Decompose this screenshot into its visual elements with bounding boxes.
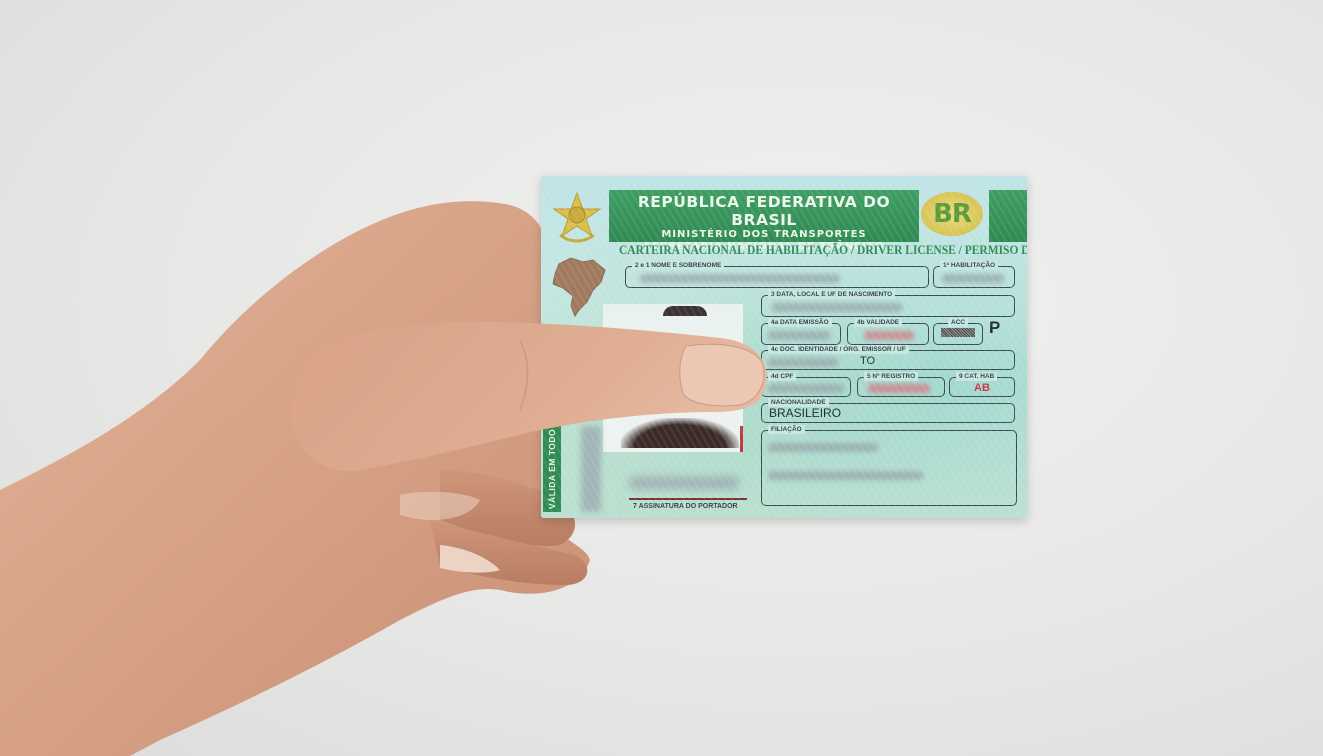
country-badge: BR [921,192,983,236]
redacted-value [768,471,923,480]
nationality-value: BRASILEIRO [769,406,841,420]
field-id-document: 4c DOC. IDENTIDADE / ÓRG. EMISSOR / UF T… [761,350,1015,370]
header-ministry: MINISTÉRIO DOS TRANSPORTES [609,229,919,241]
redacted-value [640,274,840,283]
redacted-value [768,358,838,367]
validity-strip: VÁLIDA EM TODO O [543,416,561,512]
field-first-license: 1ª HABILITAÇÃO [933,266,1015,288]
redacted-value [942,274,1004,283]
field-birth: 3 DATA, LOCAL E UF DE NASCIMENTO [761,295,1015,317]
card-subtitle: CARTEIRA NACIONAL DE HABILITAÇÃO / DRIVE… [619,243,996,258]
redacted-value [768,443,878,452]
id-issuer-state: TO [860,355,875,367]
field-nationality: NACIONALIDADE BRASILEIRO [761,403,1015,423]
field-parents: FILIAÇÃO [761,430,1017,506]
header-band: REPÚBLICA FEDERATIVA DO BRASIL MINISTÉRI… [609,190,919,242]
field-registry: 5 Nº REGISTRO [857,377,945,397]
redacted-value [864,331,914,340]
field-cpf: 4d CPF [761,377,851,397]
header-band-right [989,190,1027,242]
field-acc: ACC [933,323,983,345]
redacted-value [772,303,902,312]
photo-scene: REPÚBLICA FEDERATIVA DO BRASIL MINISTÉRI… [0,0,1323,756]
field-category: 9 CAT. HAB AB [949,377,1015,397]
holder-photo [603,304,743,452]
brazil-map-icon [549,254,609,318]
signature-line [629,498,747,500]
redacted-signature [629,476,739,490]
license-category: AB [974,382,990,394]
redacted-value [868,384,930,393]
field-expiry: 4b VALIDADE [847,323,929,345]
permit-type: P [989,318,1000,338]
acc-hatch [941,328,975,337]
coat-of-arms-icon [551,190,603,246]
redacted-value [768,384,844,393]
redacted-barcode [581,426,601,512]
driver-license-card: REPÚBLICA FEDERATIVA DO BRASIL MINISTÉRI… [541,176,1027,518]
field-name: 2 e 1 NOME E SOBRENOME [625,266,929,288]
signature-label: 7 ASSINATURA DO PORTADOR [633,503,738,510]
header-country: REPÚBLICA FEDERATIVA DO BRASIL [609,193,919,229]
redacted-value [768,331,830,340]
field-issue-date: 4a DATA EMISSÃO [761,323,841,345]
